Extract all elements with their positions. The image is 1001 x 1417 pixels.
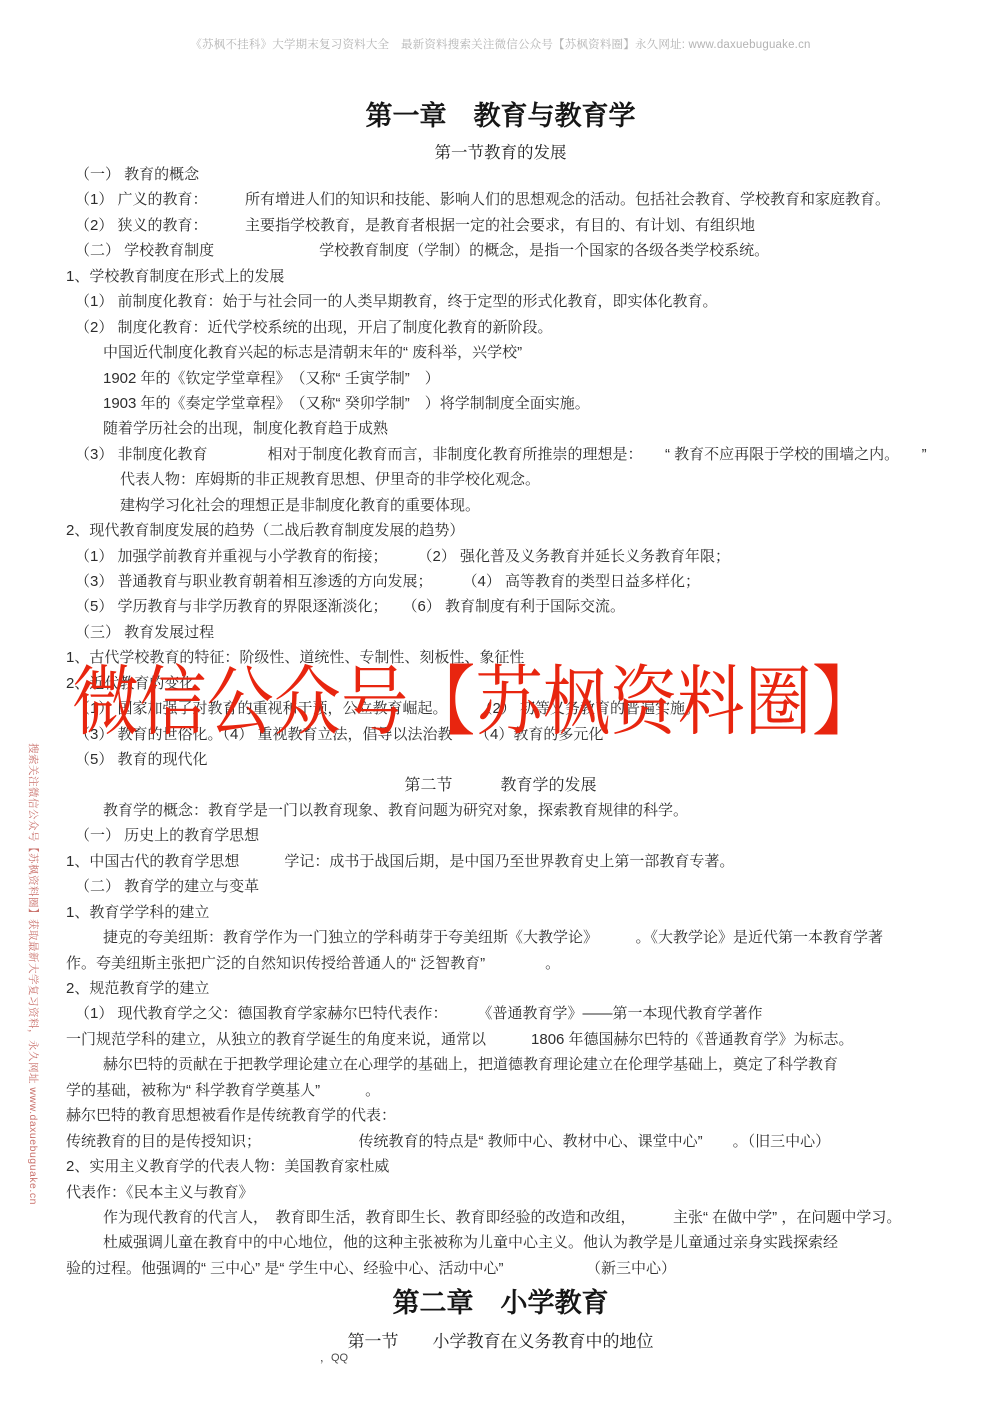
doc-line: （1） 国家加强了对教育的重视和干预，公立教育崛起。 （2） 初等义务教育的普遍… <box>0 696 1001 721</box>
chapter2-section1-heading: 第一节 小学教育在义务教育中的地位 <box>0 1327 1001 1352</box>
page-footer-text: ，QQ <box>320 1349 348 1365</box>
doc-line: （1） 现代教育学之父：德国教育学家赫尔巴特代表作： 《普通教育学》——第一本现… <box>0 1001 1001 1026</box>
doc-line: 建构学习化社会的理想正是非制度化教育的重要体现。 <box>0 493 1001 518</box>
doc-line: 第二节 教育学的发展 <box>0 773 1001 798</box>
doc-line: （3） 教育的世俗化。（4） 重视教育立法，倡导以法治教 （4）教育的多元化 <box>0 722 1001 747</box>
doc-line: 赫尔巴特的贡献在于把教学理论建立在心理学的基础上，把道德教育理论建立在伦理学基础… <box>0 1052 1001 1077</box>
doc-line: 1、教育学学科的建立 <box>0 900 1001 925</box>
doc-line: 一门规范学科的建立，从独立的教育学诞生的角度来说，通常以 1806 年德国赫尔巴… <box>0 1027 1001 1052</box>
doc-line: （1） 加强学前教育并重视与小学教育的衔接； （2） 强化普及义务教育并延长义务… <box>0 544 1001 569</box>
doc-line: 2、实用主义教育学的代表人物：美国教育家杜威 <box>0 1154 1001 1179</box>
doc-line: 1903 年的《奏定学堂章程》 （又称“ 癸卯学制” ）将学制制度全面实施。 <box>0 391 1001 416</box>
doc-line: 作为现代教育的代言人， 教育即生活，教育即生长、教育即经验的改造和改组， 主张“… <box>0 1205 1001 1230</box>
doc-line: 传统教育的目的是传授知识； 传统教育的特点是“ 教师中心、教材中心、课堂中心” … <box>0 1129 1001 1154</box>
doc-line: 赫尔巴特的教育思想被看作是传统教育学的代表： <box>0 1103 1001 1128</box>
document-page: 《苏枫不挂科》大学期末复习资料大全 最新资料搜索关注微信公众号【苏枫资料圈】永久… <box>0 0 1001 1417</box>
doc-line: （3） 普通教育与职业教育朝着相互渗透的方向发展； （4） 高等教育的类型日益多… <box>0 569 1001 594</box>
doc-line: 杜威强调儿童在教育中的中心地位，他的这种主张被称为儿童中心主义。他认为教学是儿童… <box>0 1230 1001 1255</box>
doc-line: 随着学历社会的出现，制度化教育趋于成熟 <box>0 416 1001 441</box>
chapter1-section1-heading: 第一节教育的发展 <box>0 139 1001 163</box>
chapter1-title: 第一章 教育与教育学 <box>0 94 1001 133</box>
doc-line: （2） 制度化教育：近代学校系统的出现，开启了制度化教育的新阶段。 <box>0 315 1001 340</box>
doc-line: 1902 年的《钦定学堂章程》 （又称“ 壬寅学制” ） <box>0 366 1001 391</box>
doc-line: 2、现代教育制度发展的趋势（二战后教育制度发展的趋势） <box>0 518 1001 543</box>
document-body: （一） 教育的概念（1） 广义的教育： 所有增进人们的知识和技能、影响人们的思想… <box>0 162 1001 1281</box>
doc-line: 2、近代教育的变化 <box>0 671 1001 696</box>
doc-line: （1） 前制度化教育：始于与社会同一的人类早期教育，终于定型的形式化教育，即实体… <box>0 289 1001 314</box>
doc-line: 代表人物：库姆斯的非正规教育思想、伊里奇的非学校化观念。 <box>0 467 1001 492</box>
doc-line: 作。夸美纽斯主张把广泛的自然知识传授给普通人的“ 泛智教育” 。 <box>0 951 1001 976</box>
doc-line: 代表作：《民本主义与教育》 <box>0 1180 1001 1205</box>
doc-line: 捷克的夸美纽斯：教育学作为一门独立的学科萌芽于夸美纽斯《大教学论》 。《大教学论… <box>0 925 1001 950</box>
doc-line: （5） 教育的现代化 <box>0 747 1001 772</box>
doc-line: 验的过程。他强调的“ 三中心” 是“ 学生中心、经验中心、活动中心” （新三中心… <box>0 1256 1001 1281</box>
doc-line: 学的基础，被称为“ 科学教育学奠基人” 。 <box>0 1078 1001 1103</box>
doc-line: （二） 学校教育制度 学校教育制度（学制）的概念，是指一个国家的各级各类学校系统… <box>0 238 1001 263</box>
doc-line: （三） 教育发展过程 <box>0 620 1001 645</box>
doc-line: （一） 历史上的教育学思想 <box>0 823 1001 848</box>
site-header-text: 《苏枫不挂科》大学期末复习资料大全 最新资料搜索关注微信公众号【苏枫资料圈】永久… <box>0 36 1001 52</box>
doc-line: （3） 非制度化教育 相对于制度化教育而言，非制度化教育所推崇的理想是： “ 教… <box>0 442 1001 467</box>
doc-line: （2） 狭义的教育： 主要指学校教育，是教育者根据一定的社会要求，有目的、有计划… <box>0 213 1001 238</box>
doc-line: 教育学的概念：教育学是一门以教育现象、教育问题为研究对象，探索教育规律的科学。 <box>0 798 1001 823</box>
doc-line: 中国近代制度化教育兴起的标志是清朝末年的“ 废科举，兴学校” <box>0 340 1001 365</box>
doc-line: 1、古代学校教育的特征：阶级性、道统性、专制性、刻板性、象征性 <box>0 645 1001 670</box>
chapter2-title: 第二章 小学教育 <box>0 1281 1001 1320</box>
doc-line: （5） 学历教育与非学历教育的界限逐渐淡化； （6） 教育制度有利于国际交流。 <box>0 594 1001 619</box>
doc-line: （二） 教育学的建立与变革 <box>0 874 1001 899</box>
doc-line: 1、学校教育制度在形式上的发展 <box>0 264 1001 289</box>
doc-line: （1） 广义的教育： 所有增进人们的知识和技能、影响人们的思想观念的活动。包括社… <box>0 187 1001 212</box>
doc-line: （一） 教育的概念 <box>0 162 1001 187</box>
doc-line: 1、中国古代的教育学思想 学记：成书于战国后期，是中国乃至世界教育史上第一部教育… <box>0 849 1001 874</box>
doc-line: 2、规范教育学的建立 <box>0 976 1001 1001</box>
